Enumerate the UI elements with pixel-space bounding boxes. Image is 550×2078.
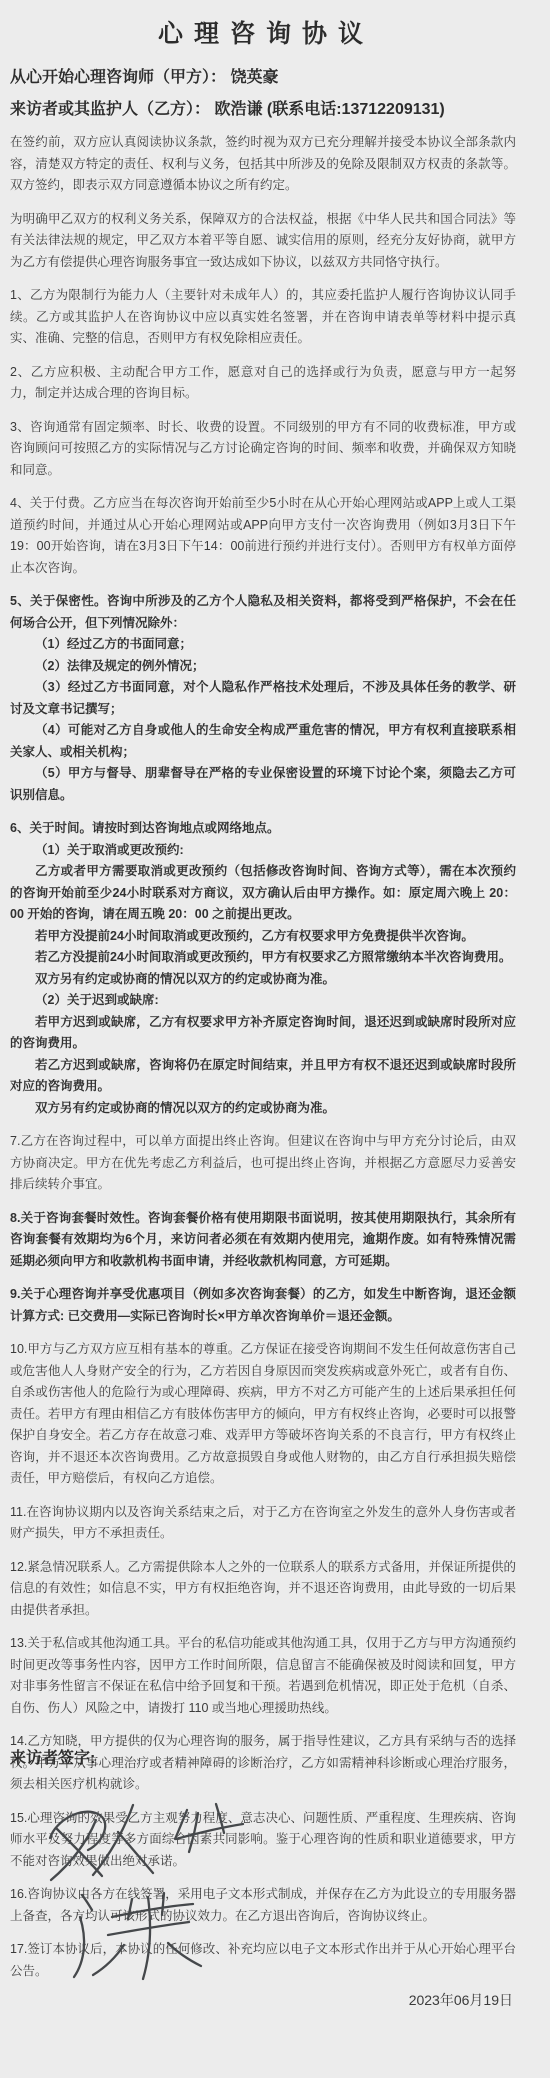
- paragraph: 11.在咨询协议期内以及咨询关系结束之后，对于乙方在咨询室之外发生的意外人身伤害…: [10, 1502, 516, 1545]
- signature-scribble: [36, 1798, 248, 1986]
- paragraph: 9.关于心理咨询并享受优惠项目（例如多次咨询套餐）的乙方，如发生中断咨询，退还金…: [10, 1284, 516, 1327]
- paragraph: 若乙方迟到或缺席，咨询将仍在原定时间结束，并且甲方有权不退还迟到或缺席时段所对应…: [10, 1055, 516, 1098]
- paragraph: （1）关于取消或更改预约:: [10, 840, 516, 862]
- agreement-document: 心理咨询协议 从心开始心理咨询师（甲方）： 饶英豪 来访者或其监护人（乙方）： …: [0, 0, 550, 1982]
- paragraph: 8.关于咨询套餐时效性。咨询套餐价格有使用期限书面说明，按其使用期限执行，其余所…: [10, 1208, 516, 1273]
- paragraph: 7.乙方在咨询过程中，可以单方面提出终止咨询。但建议在咨询中与甲方充分讨论后，由…: [10, 1131, 516, 1196]
- paragraph: （2）法律及规定的例外情况；: [10, 656, 516, 678]
- paragraph: 4、关于付费。乙方应当在每次咨询开始前至少5小时在从心开始心理网站或APP上或人…: [10, 493, 516, 579]
- paragraph: 6、关于时间。请按时到达咨询地点或网络地点。: [10, 818, 516, 840]
- party-b-line: 来访者或其监护人（乙方）： 欧浩谦 (联系电话:13712209131): [10, 100, 516, 120]
- paragraph: 10.甲方与乙方双方应互相有基本的尊重。乙方保证在接受咨询期间不发生任何故意伤害…: [10, 1339, 516, 1490]
- signature-date: 2023年06月19日: [409, 1990, 513, 2010]
- paragraph: 双方另有约定或协商的情况以双方的约定或协商为准。: [10, 1098, 516, 1120]
- paragraph: （2）关于迟到或缺席:: [10, 990, 516, 1012]
- paragraph: 为明确甲乙双方的权利义务关系，保障双方的合法权益，根据《中华人民共和国合同法》等…: [10, 209, 516, 274]
- paragraph-list: 在签约前，双方应认真阅读协议条款，签约时视为双方已充分理解并接受本协议全部条款内…: [10, 132, 516, 1982]
- paragraph: （4）可能对乙方自身或他人的生命安全构成严重危害的情况，甲方有权利直接联系相关家…: [10, 720, 516, 763]
- paragraph: （3）经过乙方书面同意，对个人隐私作严格技术处理后，不涉及具体任务的教学、研讨及…: [10, 677, 516, 720]
- paragraph: 1、乙方为限制行为能力人（主要针对未成年人）的，其应委托监护人履行咨询协议认同手…: [10, 285, 516, 350]
- paragraph: （5）甲方与督导、朋辈督导在严格的专业保密设置的环境下讨论个案，须隐去乙方可识别…: [10, 763, 516, 806]
- paragraph: 2、乙方应积极、主动配合甲方工作，愿意对自己的选择或行为负责，愿意与甲方一起努力…: [10, 362, 516, 405]
- paragraph: 若甲方没提前24小时间取消或更改预约，乙方有权要求甲方免费提供半次咨询。: [10, 926, 516, 948]
- paragraph: 若甲方迟到或缺席，乙方有权要求甲方补齐原定咨询时间，退还迟到或缺席时段所对应的咨…: [10, 1012, 516, 1055]
- paragraph: （1）经过乙方的书面同意；: [10, 634, 516, 656]
- paragraph: 在签约前，双方应认真阅读协议条款，签约时视为双方已充分理解并接受本协议全部条款内…: [10, 132, 516, 197]
- paragraph: 若乙方没提前24小时间取消或更改预约，甲方有权要求乙方照常缴纳本半次咨询费用。: [10, 947, 516, 969]
- paragraph: 5、关于保密性。咨询中所涉及的乙方个人隐私及相关资料，都将受到严格保护，不会在任…: [10, 591, 516, 634]
- signature-section: 来访者签字: 2023年06月19日: [0, 1745, 550, 1986]
- paragraph: 12.紧急情况联系人。乙方需提供除本人之外的一位联系人的联系方式备用，并保证所提…: [10, 1557, 516, 1622]
- party-a-line: 从心开始心理咨询师（甲方）： 饶英豪: [10, 68, 516, 88]
- paragraph: 3、咨询通常有固定频率、时长、收费的设置。不同级别的甲方有不同的收费标准，甲方或…: [10, 417, 516, 482]
- page-title: 心理咨询协议: [16, 14, 516, 50]
- paragraph: 双方另有约定或协商的情况以双方的约定或协商为准。: [10, 969, 516, 991]
- signature-label: 来访者签字:: [10, 1745, 550, 1768]
- paragraph: 乙方或者甲方需要取消或更改预约（包括修改咨询时间、咨询方式等），需在本次预约的咨…: [10, 861, 516, 926]
- paragraph: 13.关于私信或其他沟通工具。平台的私信功能或其他沟通工具，仅用于乙方与甲方沟通…: [10, 1633, 516, 1719]
